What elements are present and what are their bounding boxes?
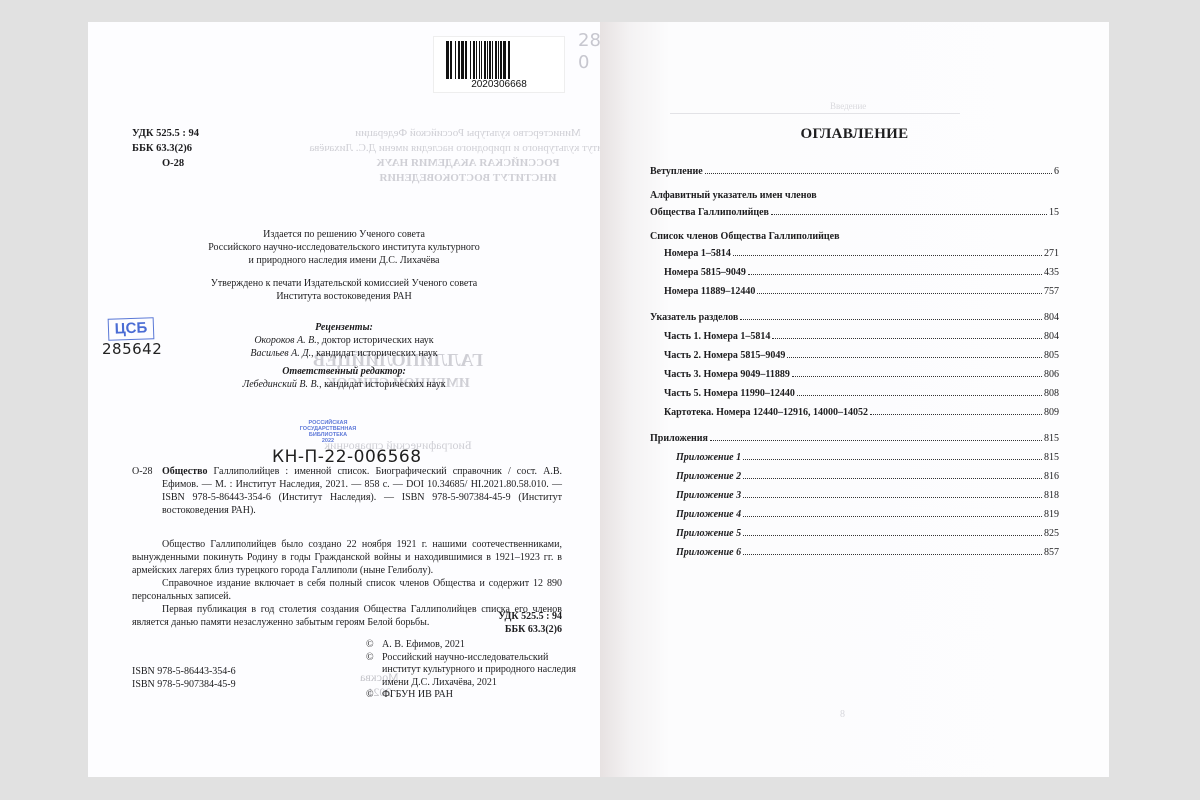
- toc-entry-label: Приложение 3: [676, 486, 743, 505]
- toc-entry-label: Приложение 5: [676, 524, 743, 543]
- editor-name: Лебединский В. В.: [242, 379, 319, 390]
- editor: Лебединский В. В., кандидат исторических…: [88, 378, 600, 391]
- barcode-bar: [476, 41, 477, 79]
- biblio-title: Общество: [162, 466, 207, 477]
- toc-entry[interactable]: Приложение 5825: [650, 524, 1059, 543]
- bleed-through-rule: [670, 113, 960, 114]
- toc-entry[interactable]: Часть 3. Номера 9049–11889806: [650, 365, 1059, 384]
- publisher-decision: Издается по решению Ученого совета Росси…: [88, 228, 600, 267]
- editor-title: , кандидат исторических наук: [319, 379, 445, 390]
- approval-line: Института востоковедения РАН: [88, 290, 600, 303]
- copyright-text: ФГБУН ИВ РАН: [382, 689, 453, 702]
- barcode-bar: [492, 41, 493, 79]
- copyright-row: ©А. В. Ефимов, 2021: [366, 639, 576, 652]
- toc-page-number: 815: [1042, 429, 1059, 448]
- toc-leader-dots: [743, 516, 1042, 517]
- toc-entry-label: Приложение 1: [676, 448, 743, 467]
- reviewers-block: Рецензенты: Окороков А. В., доктор истор…: [88, 321, 600, 391]
- toc-leader-dots: [771, 214, 1047, 215]
- annotation-paragraph: Справочное издание включает в себя полны…: [132, 577, 562, 603]
- toc-entry[interactable]: Приложения815: [650, 429, 1059, 448]
- barcode-bar: [495, 41, 497, 79]
- barcode-icon: [446, 41, 556, 79]
- toc-page-number: 818: [1042, 486, 1059, 505]
- print-approval: Утверждено к печати Издательской комисси…: [88, 277, 600, 303]
- toc-entry-label: Ветупление: [650, 162, 705, 181]
- toc-page-number: 808: [1042, 384, 1059, 403]
- barcode-bar: [508, 41, 510, 79]
- toc-entry-label: Общества Галлиполийцев: [650, 203, 771, 222]
- toc-entry-label: Приложение 4: [676, 505, 743, 524]
- biblio-body: Галлиполийцев : именной список. Биографи…: [162, 466, 562, 516]
- toc-leader-dots: [748, 274, 1042, 275]
- pencil-note: 28(0) 0: [578, 30, 600, 74]
- barcode-bar: [458, 41, 460, 79]
- toc-entry[interactable]: Часть 1. Номера 1–5814804: [650, 327, 1059, 346]
- copyright-text: А. В. Ефимов, 2021: [382, 639, 465, 652]
- reviewer-name: Окороков А. В.: [254, 335, 316, 346]
- isbn-line: ISBN 978-5-907384-45-9: [132, 678, 236, 691]
- toc-entry-label: Приложения: [650, 429, 710, 448]
- barcode-bar: [500, 41, 502, 79]
- bleed-line: ИНСТИТУТ ВОСТОКОВЕДЕНИЯ: [288, 171, 600, 186]
- toc-entry-label: Приложение 2: [676, 467, 743, 486]
- pencil-note-line: 28(0): [578, 30, 600, 52]
- toc-leader-dots: [743, 478, 1042, 479]
- toc-leader-dots: [705, 173, 1052, 174]
- toc-entry-label: Часть 1. Номера 1–5814: [664, 327, 772, 346]
- bleed-line: РОССИЙСКАЯ АКАДЕМИЯ НАУК: [288, 156, 600, 171]
- toc-page-number: 15: [1047, 203, 1059, 222]
- toc-page-number: 804: [1042, 327, 1059, 346]
- copyright-row: ©ФГБУН ИВ РАН: [366, 689, 576, 702]
- toc-leader-dots: [710, 440, 1042, 441]
- csb-stamp: ЦСБ: [108, 317, 155, 341]
- toc-entry[interactable]: Приложение 3818: [650, 486, 1059, 505]
- toc-entry-label: Указатель разделов: [650, 308, 740, 327]
- toc-leader-dots: [743, 497, 1042, 498]
- barcode-bar: [455, 41, 456, 79]
- toc-entry-label: Часть 5. Номера 11990–12440: [664, 384, 797, 403]
- toc-page-number: 816: [1042, 467, 1059, 486]
- reviewer-name: Васильев А. Д.: [250, 348, 311, 359]
- toc-entry-label: Номера 1–5814: [664, 244, 733, 263]
- toc-page-number: 6: [1052, 162, 1059, 181]
- toc-section-heading: Список членов Общества Галлиполийцев: [650, 229, 1059, 244]
- toc-entry-label: Номера 5815–9049: [664, 263, 748, 282]
- barcode-bar: [446, 41, 449, 79]
- toc-entry[interactable]: Приложение 4819: [650, 505, 1059, 524]
- udk-code-footer: УДК 525.5 : 94: [448, 610, 562, 623]
- toc-leader-dots: [870, 414, 1042, 415]
- barcode-bar: [470, 41, 471, 79]
- toc-entry[interactable]: Ветупление6: [650, 162, 1059, 181]
- toc-page-number: 857: [1042, 543, 1059, 562]
- toc-leader-dots: [787, 357, 1042, 358]
- reviewer-title: , кандидат исторических наук: [311, 348, 437, 359]
- bbk-code: ББК 63.3(2)6: [132, 141, 199, 156]
- toc-page-number: 757: [1042, 282, 1059, 301]
- toc-leader-dots: [740, 319, 1042, 320]
- csb-handwritten-number: 285642: [102, 340, 162, 358]
- toc-page-number: 825: [1042, 524, 1059, 543]
- barcode-sticker: 2020306668: [433, 36, 565, 93]
- toc-entry[interactable]: Картотека. Номера 12440–12916, 14000–140…: [650, 403, 1059, 422]
- copyright-icon: ©: [366, 639, 382, 652]
- biblio-author-mark: О-28: [132, 465, 153, 478]
- reviewer-2: Васильев А. Д., кандидат исторических на…: [88, 347, 600, 360]
- toc-page-number: 271: [1042, 244, 1059, 263]
- library-stamp: РОССИЙСКАЯ ГОСУДАРСТВЕННАЯ БИБЛИОТЕКА 20…: [288, 420, 368, 444]
- bleed-through-running-head: Введение: [830, 100, 866, 113]
- copyright-text: Российский научно-исследовательский инст…: [382, 652, 576, 690]
- right-page-contents: Введение ОГЛАВЛЕНИЕ Ветупление6Алфавитны…: [600, 22, 1109, 777]
- toc-entry-label: Приложение 6: [676, 543, 743, 562]
- barcode-bar: [481, 41, 482, 79]
- left-page-imprint: Министерство культуры Российской Федерац…: [88, 22, 600, 777]
- toc-title: ОГЛАВЛЕНИЕ: [600, 126, 1109, 143]
- barcode-bar: [479, 41, 480, 79]
- toc-section-heading: Алфавитный указатель имен членов: [650, 188, 1059, 203]
- toc-page-number: 804: [1042, 308, 1059, 327]
- decision-line: и природного наследия имени Д.С. Лихачёв…: [88, 254, 600, 267]
- reviewer-title: , доктор исторических наук: [317, 335, 434, 346]
- reviewer-1: Окороков А. В., доктор исторических наук: [88, 334, 600, 347]
- barcode-bar: [498, 41, 499, 79]
- toc-entry-label: Часть 3. Номера 9049–11889: [664, 365, 792, 384]
- bleed-line: Институт культурного и природного наслед…: [288, 141, 600, 156]
- table-of-contents: Ветупление6Алфавитный указатель имен чле…: [650, 162, 1059, 562]
- barcode-bar: [503, 41, 506, 79]
- toc-entry[interactable]: Часть 5. Номера 11990–12440808: [650, 384, 1059, 403]
- barcode-bar: [484, 41, 486, 79]
- reviewers-label: Рецензенты:: [88, 321, 600, 334]
- annotation-paragraph: Общество Галлиполийцев было создано 22 н…: [132, 538, 562, 577]
- bleed-line: Министерство культуры Российской Федерац…: [288, 126, 600, 141]
- stamp-line: 2022: [288, 438, 368, 444]
- barcode-bar: [461, 41, 464, 79]
- isbn-line: ISBN 978-5-86443-354-6: [132, 665, 236, 678]
- toc-page-number: 805: [1042, 346, 1059, 365]
- decision-line: Российского научно-исследовательского ин…: [88, 241, 600, 254]
- barcode-bar: [487, 41, 488, 79]
- toc-leader-dots: [772, 338, 1042, 339]
- isbn-block: ISBN 978-5-86443-354-6 ISBN 978-5-907384…: [132, 665, 236, 691]
- toc-leader-dots: [733, 255, 1042, 256]
- toc-leader-dots: [743, 554, 1042, 555]
- barcode-number: 2020306668: [434, 79, 564, 90]
- toc-entry[interactable]: Указатель разделов804: [650, 308, 1059, 327]
- pencil-note-line: 0: [578, 52, 600, 74]
- toc-entry[interactable]: Приложение 1815: [650, 448, 1059, 467]
- toc-entry[interactable]: Общества Галлиполийцев15: [650, 203, 1059, 222]
- copyright-block: ©А. В. Ефимов, 2021 ©Российский научно-и…: [366, 639, 576, 702]
- copyright-icon: ©: [366, 652, 382, 690]
- toc-leader-dots: [792, 376, 1042, 377]
- decision-line: Издается по решению Ученого совета: [88, 228, 600, 241]
- approval-line: Утверждено к печати Издательской комисси…: [88, 277, 600, 290]
- author-mark: О-28: [132, 156, 199, 171]
- copyright-row: ©Российский научно-исследовательский инс…: [366, 652, 576, 690]
- classification-footer: УДК 525.5 : 94 ББК 63.3(2)6: [448, 610, 562, 636]
- toc-entry[interactable]: Приложение 2816: [650, 467, 1059, 486]
- toc-page-number: 435: [1042, 263, 1059, 282]
- barcode-bar: [465, 41, 467, 79]
- bleed-through-page-number: 8: [840, 708, 845, 721]
- toc-page-number: 809: [1042, 403, 1059, 422]
- toc-leader-dots: [743, 459, 1042, 460]
- classification-block: УДК 525.5 : 94 ББК 63.3(2)6 О-28: [132, 126, 199, 171]
- toc-entry[interactable]: Номера 1–5814271: [650, 244, 1059, 263]
- toc-entry[interactable]: Номера 5815–9049435: [650, 263, 1059, 282]
- barcode-bar: [450, 41, 452, 79]
- barcode-bar: [473, 41, 475, 79]
- toc-entry[interactable]: Приложение 6857: [650, 543, 1059, 562]
- bbk-code-footer: ББК 63.3(2)6: [448, 623, 562, 636]
- toc-entry-label: Номера 11889–12440: [664, 282, 757, 301]
- copyright-icon: ©: [366, 689, 382, 702]
- udk-code: УДК 525.5 : 94: [132, 126, 199, 141]
- toc-entry-label: Часть 2. Номера 5815–9049: [664, 346, 787, 365]
- toc-page-number: 819: [1042, 505, 1059, 524]
- toc-entry-label: Картотека. Номера 12440–12916, 14000–140…: [664, 403, 870, 422]
- toc-page-number: 806: [1042, 365, 1059, 384]
- editor-label: Ответственный редактор:: [88, 365, 600, 378]
- toc-leader-dots: [757, 293, 1042, 294]
- toc-leader-dots: [797, 395, 1042, 396]
- toc-entry[interactable]: Номера 11889–12440757: [650, 282, 1059, 301]
- biblio-description: Общество Галлиполийцев : именной список.…: [162, 465, 562, 517]
- bleed-through-header: Министерство культуры Российской Федерац…: [288, 126, 600, 186]
- toc-page-number: 815: [1042, 448, 1059, 467]
- toc-leader-dots: [743, 535, 1042, 536]
- barcode-bar: [489, 41, 491, 79]
- inventory-number: КН-П-22-006568: [272, 447, 422, 467]
- toc-entry[interactable]: Часть 2. Номера 5815–9049805: [650, 346, 1059, 365]
